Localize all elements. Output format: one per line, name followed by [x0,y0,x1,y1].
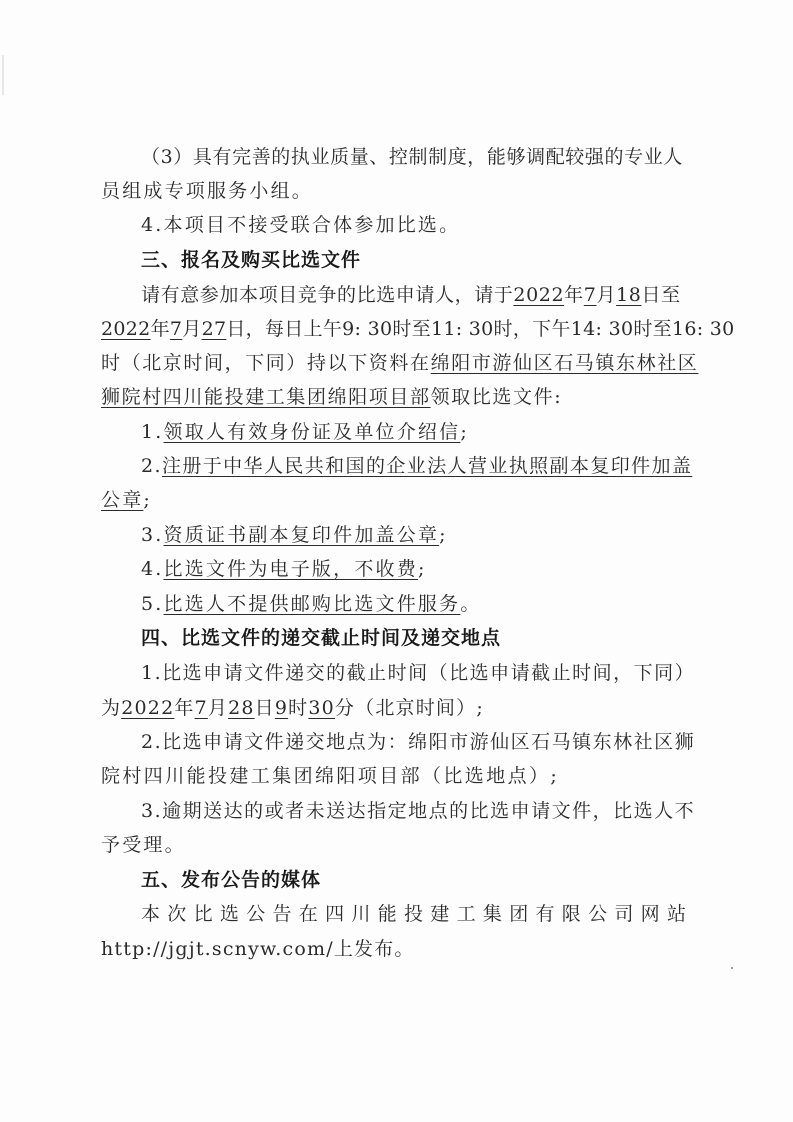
paragraph-qualification-3: （3）具有完善的执业质量、控制制度，能够调配较强的专业人 [141,142,691,172]
text: ; [143,489,152,511]
text: 日至 [641,284,680,306]
list-text: 注册于中华人民共和国的企业法人营业执照副本复印件加盖 [162,455,692,477]
text: 。 [460,593,481,615]
deadline-month: 7 [195,697,208,719]
start-day: 18 [616,284,641,306]
text: 日，每日上午9: 30时至11: 30时，下午14: 30时至16: 30 [226,318,734,340]
text: 日 [255,697,275,719]
text: 时（北京时间，下同）持以下资料在 [101,352,431,374]
text: 领取比选文件: [431,386,563,408]
list-item-5: 5.比选人不提供邮购比选文件服务。 [141,589,691,619]
text: ; [418,558,427,580]
paragraph-late-submission-cont: 予受理。 [101,830,691,860]
paragraph-no-consortium: 4.本项目不接受联合体参加比选。 [141,210,691,240]
deadline-hour: 9 [275,697,288,719]
paragraph-registration-cont-3: 狮院村四川能投建工集团绵阳项目部领取比选文件: [101,382,691,412]
text: 年 [564,284,584,306]
pickup-address: 绵阳市游仙区石马镇东林社区 [431,352,699,374]
text: 月 [596,284,616,306]
list-text: 资质证书副本复印件加盖公章 [164,524,440,546]
text: 年 [151,318,170,340]
list-item-2: 2.注册于中华人民共和国的企业法人营业执照副本复印件加盖 [141,451,691,481]
text: 时 [288,697,308,719]
text: ; [460,421,469,443]
list-number: 5. [141,593,164,615]
text: 请有意参加本项目竞争的比选申请人，请于 [141,284,513,306]
paragraph-deadline-cont: 为2022年7月28日9时30分（北京时间）; [101,693,691,723]
deadline-year: 2022 [121,697,174,719]
paragraph-registration: 请有意参加本项目竞争的比选申请人，请于2022年7月18日至 [141,280,691,310]
text: 为 [101,697,121,719]
end-month: 7 [170,318,182,340]
document-page: （3）具有完善的执业质量、控制制度，能够调配较强的专业人 员组成专项服务小组。 … [0,0,793,1122]
list-number: 4. [141,558,164,580]
end-year: 2022 [101,318,151,340]
pickup-address-cont: 狮院村四川能投建工集团绵阳项目部 [101,386,431,408]
list-item-3: 3.资质证书副本复印件加盖公章; [141,520,691,550]
section-heading-4: 四、比选文件的递交截止时间及递交地点 [141,623,691,653]
start-year: 2022 [513,284,564,306]
deadline-minute: 30 [308,697,335,719]
paragraph-media-cont: http://jgjt.scnyw.com/上发布。 [101,934,691,964]
list-text: 比选文件为电子版，不收费 [164,558,418,580]
scan-speck [731,967,733,969]
text: 年 [174,697,194,719]
text: 月 [208,697,228,719]
list-number: 3. [141,524,164,546]
text: ; [439,524,448,546]
list-item-2-cont: 公章; [101,485,691,515]
paragraph-registration-cont-1: 2022年7月27日，每日上午9: 30时至11: 30时，下午14: 30时至… [101,314,691,344]
list-number: 1. [141,421,164,443]
paragraph-location: 2.比选申请文件递交地点为：绵阳市游仙区石马镇东林社区狮 [141,727,691,757]
paragraph-media: 本次比选公告在四川能投建工集团有限公司网站 [141,899,686,929]
scan-edge-mark [2,55,4,95]
text: 上发布。 [334,938,415,960]
paragraph-registration-cont-2: 时（北京时间，下同）持以下资料在绵阳市游仙区石马镇东林社区 [101,348,691,378]
paragraph-deadline: 1.比选申请文件递交的截止时间（比选申请截止时间，下同） [141,658,691,688]
paragraph-qualification-3-cont: 员组成专项服务小组。 [101,176,691,206]
deadline-day: 28 [228,697,255,719]
paragraph-location-cont: 院村四川能投建工集团绵阳项目部（比选地点）; [101,761,691,791]
list-item-1: 1.领取人有效身份证及单位介绍信; [141,417,691,447]
list-number: 2. [141,455,162,477]
paragraph-late-submission: 3.逾期送达的或者未送达指定地点的比选申请文件，比选人不 [141,796,691,826]
text: 月 [182,318,201,340]
text: 分（北京时间）; [335,697,484,719]
section-heading-5: 五、发布公告的媒体 [141,865,691,895]
end-day: 27 [202,318,227,340]
list-text: 公章 [101,489,143,511]
list-text: 领取人有效身份证及单位介绍信 [164,421,461,443]
section-heading-3: 三、报名及购买比选文件 [141,245,691,275]
list-text: 比选人不提供邮购比选文件服务 [164,593,461,615]
list-item-4: 4.比选文件为电子版，不收费; [141,554,691,584]
website-url[interactable]: http://jgjt.scnyw.com/ [101,938,334,960]
start-month: 7 [584,284,597,306]
